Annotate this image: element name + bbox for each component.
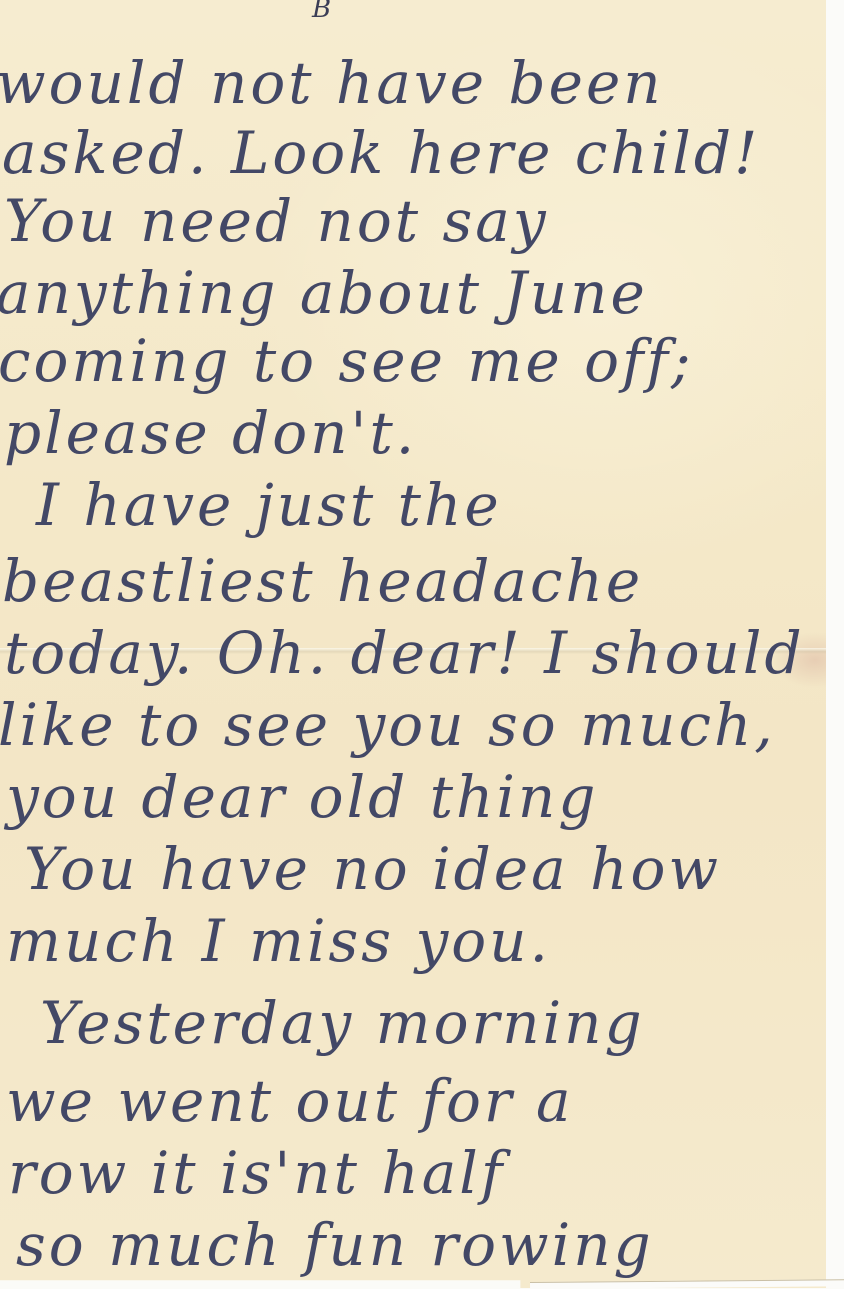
letter-line: coming to see me off;: [0, 332, 694, 390]
letter-line: would not have been: [0, 54, 664, 112]
page-marker: B: [312, 0, 331, 24]
letter-line: so much fun rowing: [16, 1216, 654, 1274]
letter-line: I have just the: [36, 476, 502, 534]
letter-line: you dear old thing: [6, 768, 598, 826]
letter-line: much I miss you.: [6, 912, 551, 970]
letter-line: anything about June: [0, 264, 648, 322]
letter-line: Yesterday morning: [40, 994, 645, 1052]
letter-line: like to see you so much,: [0, 696, 776, 754]
letter-line: beastliest headache: [2, 552, 643, 610]
letter-line: You have no idea how: [24, 840, 721, 898]
scan-margin: [826, 0, 844, 1288]
letter-line: asked. Look here child!: [2, 124, 760, 182]
letter-line: we went out for a: [6, 1072, 574, 1130]
letter-line: please don't.: [4, 404, 417, 462]
letter-line: row it is'nt half: [8, 1144, 505, 1202]
letter-line: today. Oh. dear! I should: [4, 624, 805, 682]
letter-line: You need not say: [4, 192, 549, 250]
